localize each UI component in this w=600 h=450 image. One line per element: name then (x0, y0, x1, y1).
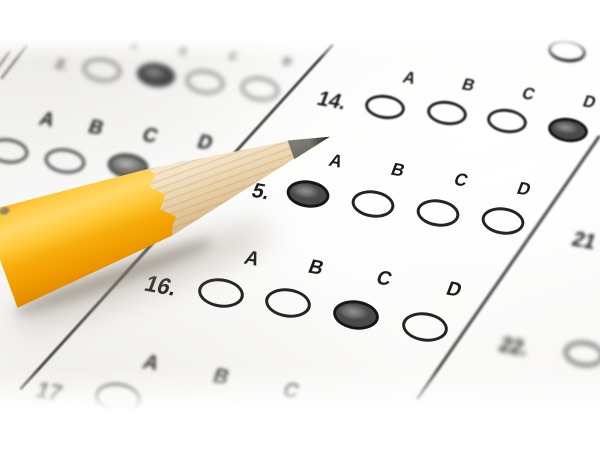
photo-scene: 2.ABCDABCD14.ABCD5.ABCD16.ABCD17ABC2122. (0, 0, 600, 450)
overexposed-bottom-fade (0, 368, 600, 450)
overexposed-top-fade (0, 0, 600, 60)
